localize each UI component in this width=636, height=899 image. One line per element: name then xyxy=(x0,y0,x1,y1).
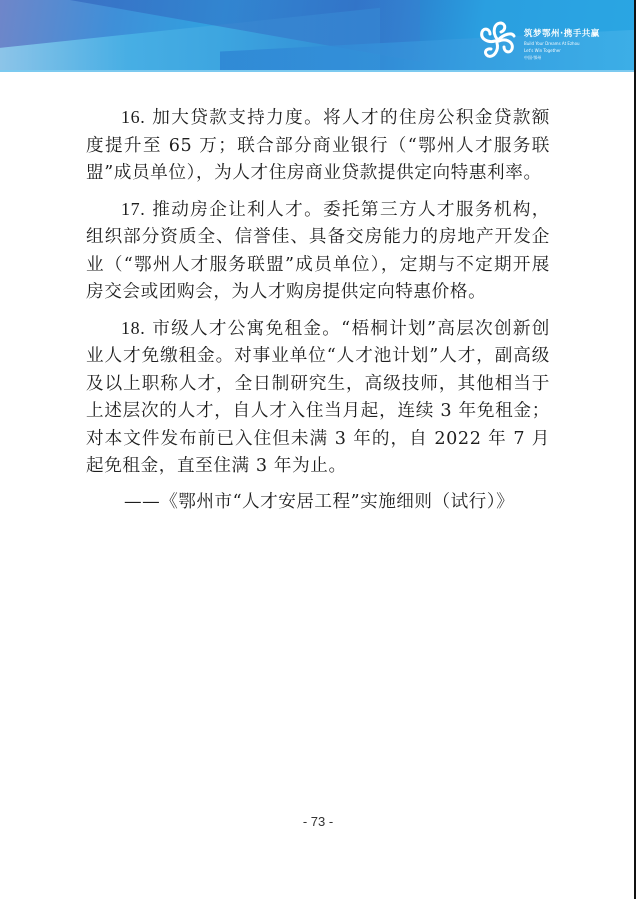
paragraph-title: 加大贷款支持力度。 xyxy=(152,108,323,128)
banner-bottom-edge xyxy=(0,70,636,72)
logo-slogan: 筑梦鄂州·携手共赢 Build Your Dreams At Ezhou Let… xyxy=(524,27,600,61)
slogan-english-line-2: Let's Win Together xyxy=(524,48,600,53)
policy-paragraph-16: 16. 加大贷款支持力度。将人才的住房公积金贷款额度提升至 65 万；联合部分商… xyxy=(86,104,550,188)
page-number: - 73 - xyxy=(0,814,636,829)
policy-paragraph-17: 17. 推动房企让利人才。委托第三方人才服务机构，组织部分资质全、信誉佳、具备交… xyxy=(86,196,550,307)
paragraph-title: 推动房企让利人才。 xyxy=(152,200,323,220)
paragraph-number: 18. xyxy=(121,318,145,338)
paragraph-title: 市级人才公寓免租金。 xyxy=(152,319,341,339)
paragraph-number: 16. xyxy=(121,107,145,127)
slogan-place: 中国·鄂州 xyxy=(524,55,600,61)
flower-petal-logo-icon xyxy=(474,18,520,64)
document-body: 16. 加大贷款支持力度。将人才的住房公积金贷款额度提升至 65 万；联合部分商… xyxy=(86,104,550,516)
paragraph-number: 17. xyxy=(121,199,145,219)
slogan-chinese: 筑梦鄂州·携手共赢 xyxy=(524,27,600,39)
policy-paragraph-18: 18. 市级人才公寓免租金。“梧桐计划”高层次创新创业人才免缴租金。对事业单位“… xyxy=(86,315,550,481)
paragraph-text: “梧桐计划”高层次创新创业人才免缴租金。对事业单位“人才池计划”人才，副高级及以… xyxy=(86,319,550,477)
slogan-english-line-1: Build Your Dreams At Ezhou xyxy=(524,41,600,46)
header-banner: 筑梦鄂州·携手共赢 Build Your Dreams At Ezhou Let… xyxy=(0,0,636,72)
source-citation: ——《鄂州市“人才安居工程”实施细则（试行）》 xyxy=(86,489,550,517)
